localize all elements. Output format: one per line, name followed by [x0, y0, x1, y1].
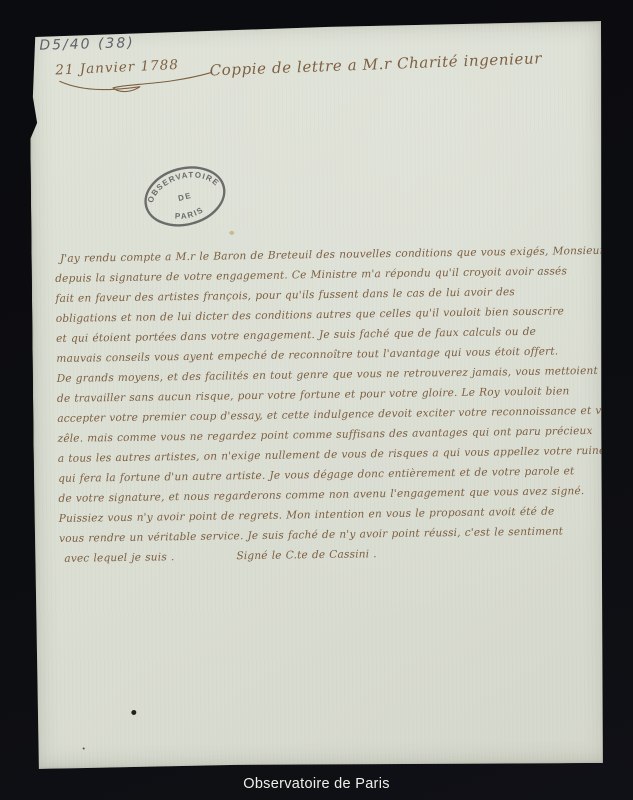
letter-title: Coppie de lettre a M.r Charité ingenieur: [209, 49, 539, 79]
paper-stain: [229, 231, 234, 235]
letter-date-block: 21 Janvier 1788: [55, 54, 216, 97]
stamp-text-middle: DE: [177, 191, 193, 203]
letter-signature: Signé le C.te de Cassini .: [236, 544, 377, 566]
letter-body: J'ay rendu compte a M.r le Baron de Bret…: [55, 241, 600, 569]
photo-caption: Observatoire de Paris: [0, 776, 633, 792]
observatoire-de-paris-stamp: OBSERVATOIRE DE PARIS: [134, 153, 236, 239]
archive-reference-number: D5/40 (38): [39, 35, 135, 54]
letter-closing: avec lequel je suis .: [59, 547, 174, 569]
ink-speck: [131, 710, 136, 715]
archive-photograph: D5/40 (38) 21 Janvier 1788 Coppie de let…: [0, 0, 633, 800]
letter-body-lines: J'ay rendu compte a M.r le Baron de Bret…: [55, 241, 599, 549]
letter-page: D5/40 (38) 21 Janvier 1788 Coppie de let…: [29, 21, 609, 769]
ink-speck: [83, 747, 85, 749]
